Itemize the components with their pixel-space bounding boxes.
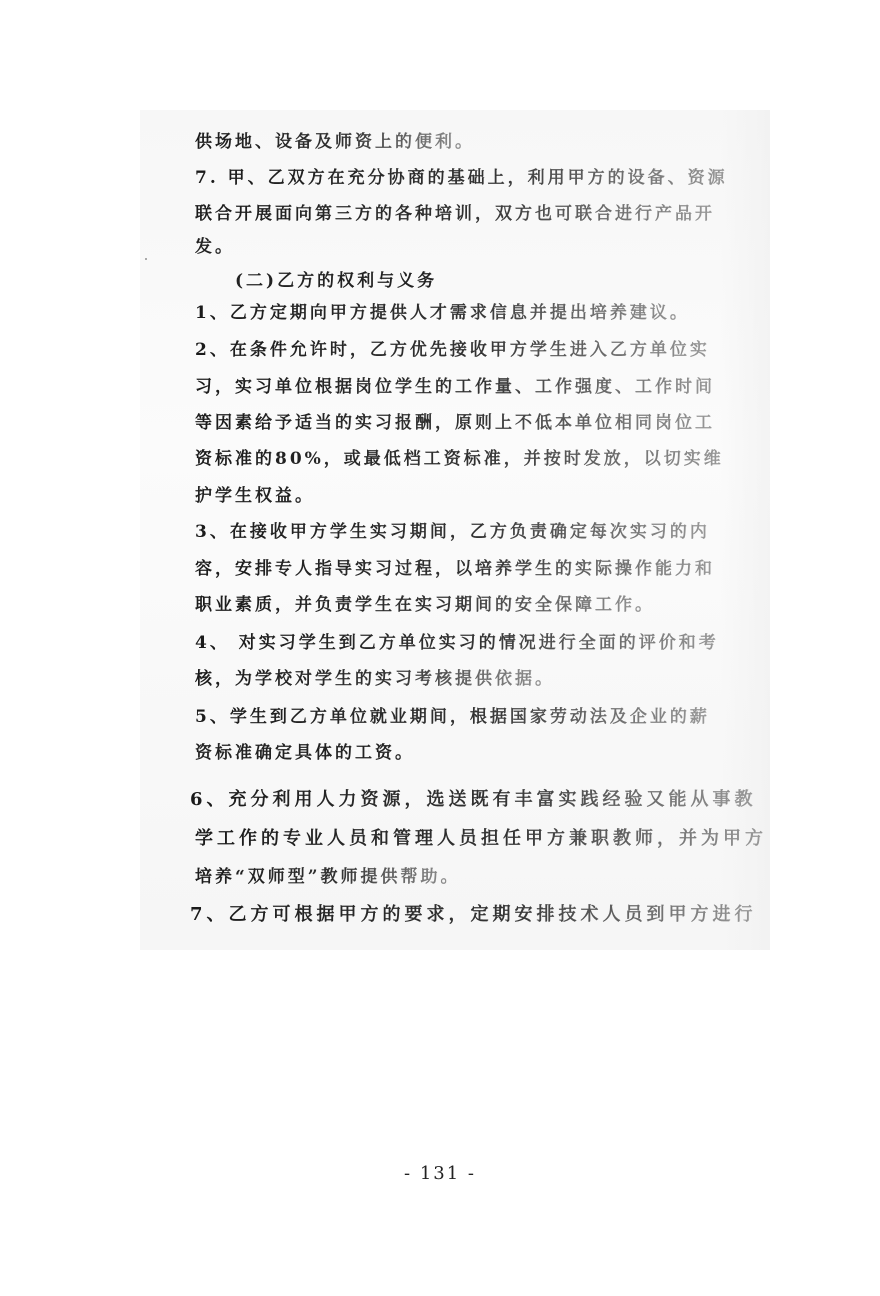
text-line-18: 资标准确定具体的工资。: [195, 738, 415, 763]
text-line-22: 7、乙方可根据甲方的要求，定期安排技术人员到甲方进行: [190, 900, 757, 926]
text-line-11: 护学生权益。: [195, 481, 315, 506]
text-line-1: 供场地、设备及师资上的便利。: [195, 127, 475, 152]
text-line-7: 2、在条件允许时，乙方优先接收甲方学生进入乙方单位实: [195, 335, 710, 360]
text-line-10: 资标准的80%，或最低档工资标准，并按时发放，以切实维: [195, 444, 724, 469]
text-line-15: 4、 对实习学生到乙方单位实习的情况进行全面的评价和考: [195, 628, 719, 653]
text-line-9: 等因素给予适当的实习报酬，原则上不低本单位相同岗位工: [195, 408, 715, 433]
text-line-17: 5、学生到乙方单位就业期间，根据国家劳动法及企业的薪: [195, 702, 710, 727]
text-line-16: 核，为学校对学生的实习考核提供依据。: [195, 664, 555, 689]
scan-speck: [145, 258, 147, 260]
text-line-12: 3、在接收甲方学生实习期间，乙方负责确定每次实习的内: [195, 517, 710, 542]
text-line-2: 7. 甲、乙双方在充分协商的基础上，利用甲方的设备、资源: [195, 163, 728, 188]
text-line-6: 1、乙方定期向甲方提供人才需求信息并提出培养建议。: [195, 298, 690, 323]
text-line-14: 职业素质，并负责学生在实习期间的安全保障工作。: [195, 590, 655, 615]
text-line-21: 培养“双师型”教师提供帮助。: [195, 862, 461, 887]
section-heading: (二)乙方的权利与义务: [235, 266, 437, 291]
page-number: - 131 -: [0, 1163, 880, 1184]
text-line-4: 发。: [195, 232, 235, 257]
text-line-3: 联合开展面向第三方的各种培训，双方也可联合进行产品开: [195, 199, 715, 224]
text-line-8: 习，实习单位根据岗位学生的工作量、工作强度、工作时间: [195, 372, 715, 397]
text-line-13: 容，安排专人指导实习过程，以培养学生的实际操作能力和: [195, 554, 715, 579]
text-line-20: 学工作的专业人员和管理人员担任甲方兼职教师，并为甲方: [195, 824, 767, 850]
text-line-19: 6、充分利用人力资源，选送既有丰富实践经验又能从事教: [190, 785, 757, 811]
